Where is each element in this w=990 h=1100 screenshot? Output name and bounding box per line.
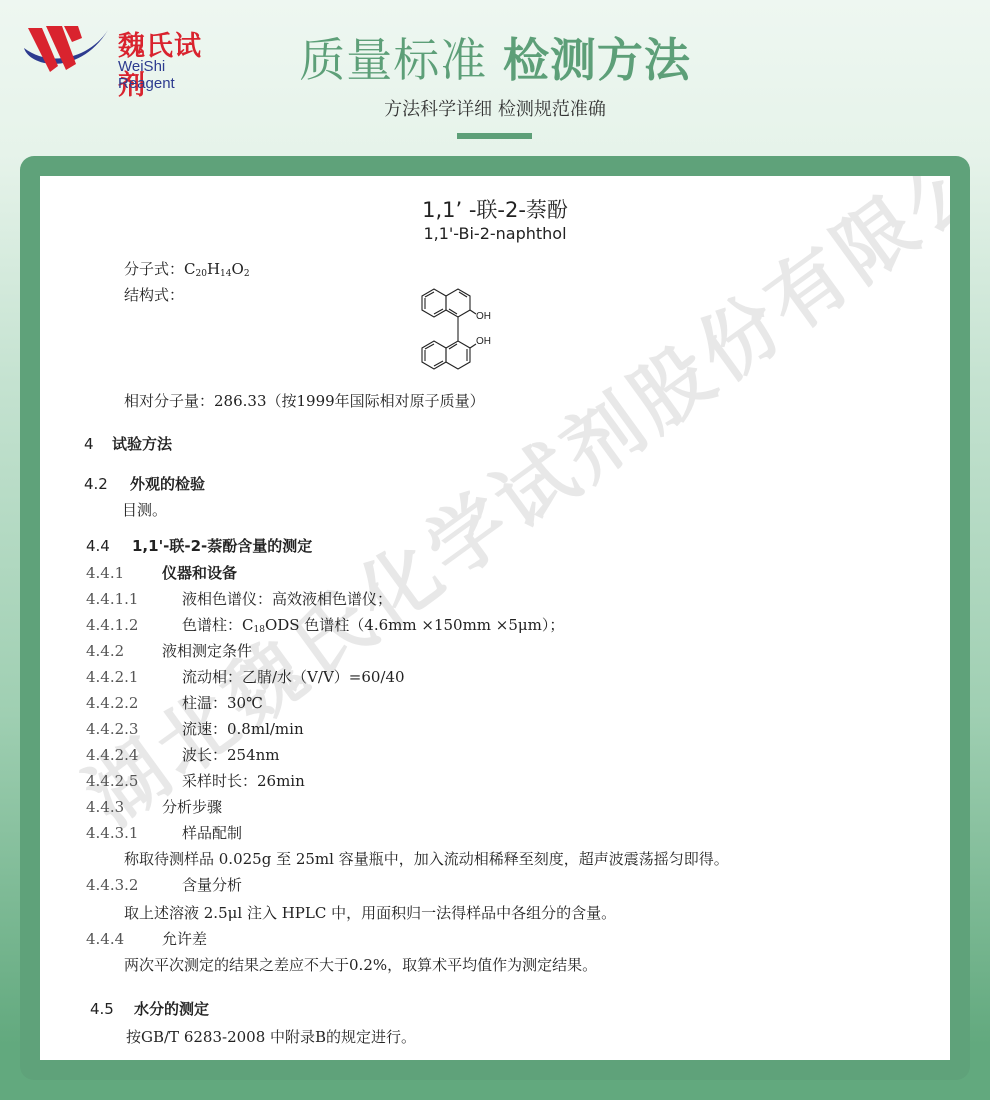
section-num: 4.5 bbox=[90, 1000, 134, 1018]
section-text: 分析步骤 bbox=[162, 798, 222, 816]
section-num: 4.4.1.1 bbox=[86, 590, 182, 608]
section-4-4-1: 4.4.1仪器和设备 bbox=[86, 562, 237, 583]
section-4-4-3-1: 4.4.3.1样品配制 bbox=[86, 822, 242, 843]
title-underline bbox=[457, 133, 532, 139]
section-4-4-1-2: 4.4.1.2色谱柱：C18ODS 色谱柱（4.6mm ×150mm ×5μm）… bbox=[86, 614, 564, 635]
page-title-bold: 检测方法 bbox=[503, 33, 691, 87]
section-text: 1,1'-联-2-萘酚含量的测定 bbox=[132, 537, 312, 555]
section-text: 外观的检验 bbox=[130, 475, 205, 493]
section-text: 柱温：30℃ bbox=[182, 694, 263, 712]
section-num: 4.4 bbox=[86, 537, 132, 555]
section-4-4-2: 4.4.2液相测定条件 bbox=[86, 640, 252, 661]
section-text: 采样时长：26min bbox=[182, 772, 305, 790]
section-4-4-3-2-body: 取上述溶液 2.5μl 注入 HPLC 中，用面积归一法得样品中各组分的含量。 bbox=[124, 902, 616, 923]
section-text: 波长：254nm bbox=[182, 746, 280, 764]
section-text: 液相色谱仪：高效液相色谱仪； bbox=[182, 590, 392, 608]
section-4-4-1-1: 4.4.1.1液相色谱仪：高效液相色谱仪； bbox=[86, 588, 392, 609]
section-num: 4.4.2.2 bbox=[86, 694, 182, 712]
section-4-2-body: 目测。 bbox=[122, 499, 167, 520]
section-text-post: ODS 色谱柱（4.6mm ×150mm ×5μm）； bbox=[265, 616, 564, 634]
binol-structure-icon: OH OH bbox=[414, 286, 514, 378]
section-num: 4.2 bbox=[84, 475, 130, 493]
formula-h: H bbox=[207, 260, 220, 278]
section-num: 4.4.2 bbox=[86, 642, 162, 660]
section-4: 4试验方法 bbox=[84, 433, 172, 454]
section-num: 4.4.4 bbox=[86, 930, 162, 948]
formula-c: C bbox=[184, 260, 195, 278]
section-num: 4.4.1 bbox=[86, 564, 162, 582]
section-4-2: 4.2外观的检验 bbox=[84, 473, 205, 494]
section-text-pre: 色谱柱：C bbox=[182, 616, 253, 634]
section-text: 样品配制 bbox=[182, 824, 242, 842]
section-4-4-3-1-body: 称取待测样品 0.025g 至 25ml 容量瓶中，加入流动相稀释至刻度，超声波… bbox=[124, 848, 729, 869]
document-paper: 湖北魏氏化学试剂股份有限公司 1,1’ -联-2-萘酚 1,1'-Bi-2-na… bbox=[40, 176, 950, 1060]
section-num: 4.4.3 bbox=[86, 798, 162, 816]
oh-label-bottom: OH bbox=[476, 336, 491, 347]
section-4-4-2-5: 4.4.2.5采样时长：26min bbox=[86, 770, 305, 791]
section-num: 4.4.1.2 bbox=[86, 616, 182, 634]
molecular-weight: 相对分子量：286.33（按1999年国际相对原子质量） bbox=[124, 390, 485, 411]
section-num: 4.4.3.2 bbox=[86, 876, 182, 894]
section-num: 4.4.2.5 bbox=[86, 772, 182, 790]
section-4-5: 4.5水分的测定 bbox=[90, 998, 209, 1019]
section-4-4: 4.41,1'-联-2-萘酚含量的测定 bbox=[86, 535, 312, 556]
page-title-light: 质量标准 bbox=[299, 33, 487, 87]
structure-label: 结构式： bbox=[124, 284, 184, 305]
document-title: 1,1’ -联-2-萘酚 bbox=[40, 194, 950, 224]
section-text: 液相测定条件 bbox=[162, 642, 252, 660]
formula-o-count: 2 bbox=[244, 269, 250, 279]
section-text: 仪器和设备 bbox=[162, 564, 237, 582]
section-num: 4.4.2.4 bbox=[86, 746, 182, 764]
section-text-sub: 18 bbox=[253, 625, 264, 635]
oh-label-top: OH bbox=[476, 311, 491, 322]
section-4-4-4-body: 两次平次测定的结果之差应不大于0.2%，取算术平均值作为测定结果。 bbox=[124, 954, 597, 975]
section-num: 4.4.2.3 bbox=[86, 720, 182, 738]
formula-label: 分子式： bbox=[124, 260, 184, 278]
section-text: 含量分析 bbox=[182, 876, 242, 894]
section-4-4-2-3: 4.4.2.3流速：0.8ml/min bbox=[86, 718, 304, 739]
section-num: 4.4.3.1 bbox=[86, 824, 182, 842]
section-4-4-4: 4.4.4允许差 bbox=[86, 928, 207, 949]
section-text: 允许差 bbox=[162, 930, 207, 948]
formula-c-count: 20 bbox=[196, 269, 207, 279]
formula-o: O bbox=[232, 260, 244, 278]
section-4-5-body: 按GB/T 6283-2008 中附录B的规定进行。 bbox=[126, 1026, 416, 1047]
section-text: 试验方法 bbox=[112, 435, 172, 453]
page-title: 质量标准 检测方法 bbox=[0, 24, 990, 90]
section-4-4-2-2: 4.4.2.2柱温：30℃ bbox=[86, 692, 263, 713]
section-4-4-2-4: 4.4.2.4波长：254nm bbox=[86, 744, 280, 765]
formula-h-count: 14 bbox=[220, 269, 231, 279]
section-text: 流速：0.8ml/min bbox=[182, 720, 304, 738]
section-4-4-3: 4.4.3分析步骤 bbox=[86, 796, 222, 817]
section-text: 水分的测定 bbox=[134, 1000, 209, 1018]
section-4-4-2-1: 4.4.2.1流动相：乙腈/水（V/V）=60/40 bbox=[86, 666, 405, 687]
section-text: 流动相：乙腈/水（V/V）=60/40 bbox=[182, 668, 405, 686]
page-subtitle: 方法科学详细 检测规范准确 bbox=[0, 95, 990, 121]
document-subtitle: 1,1'-Bi-2-naphthol bbox=[40, 224, 950, 243]
molecular-formula: 分子式：C20H14O2 bbox=[124, 258, 250, 279]
section-4-4-3-2: 4.4.3.2含量分析 bbox=[86, 874, 242, 895]
section-num: 4.4.2.1 bbox=[86, 668, 182, 686]
section-num: 4 bbox=[84, 435, 112, 453]
